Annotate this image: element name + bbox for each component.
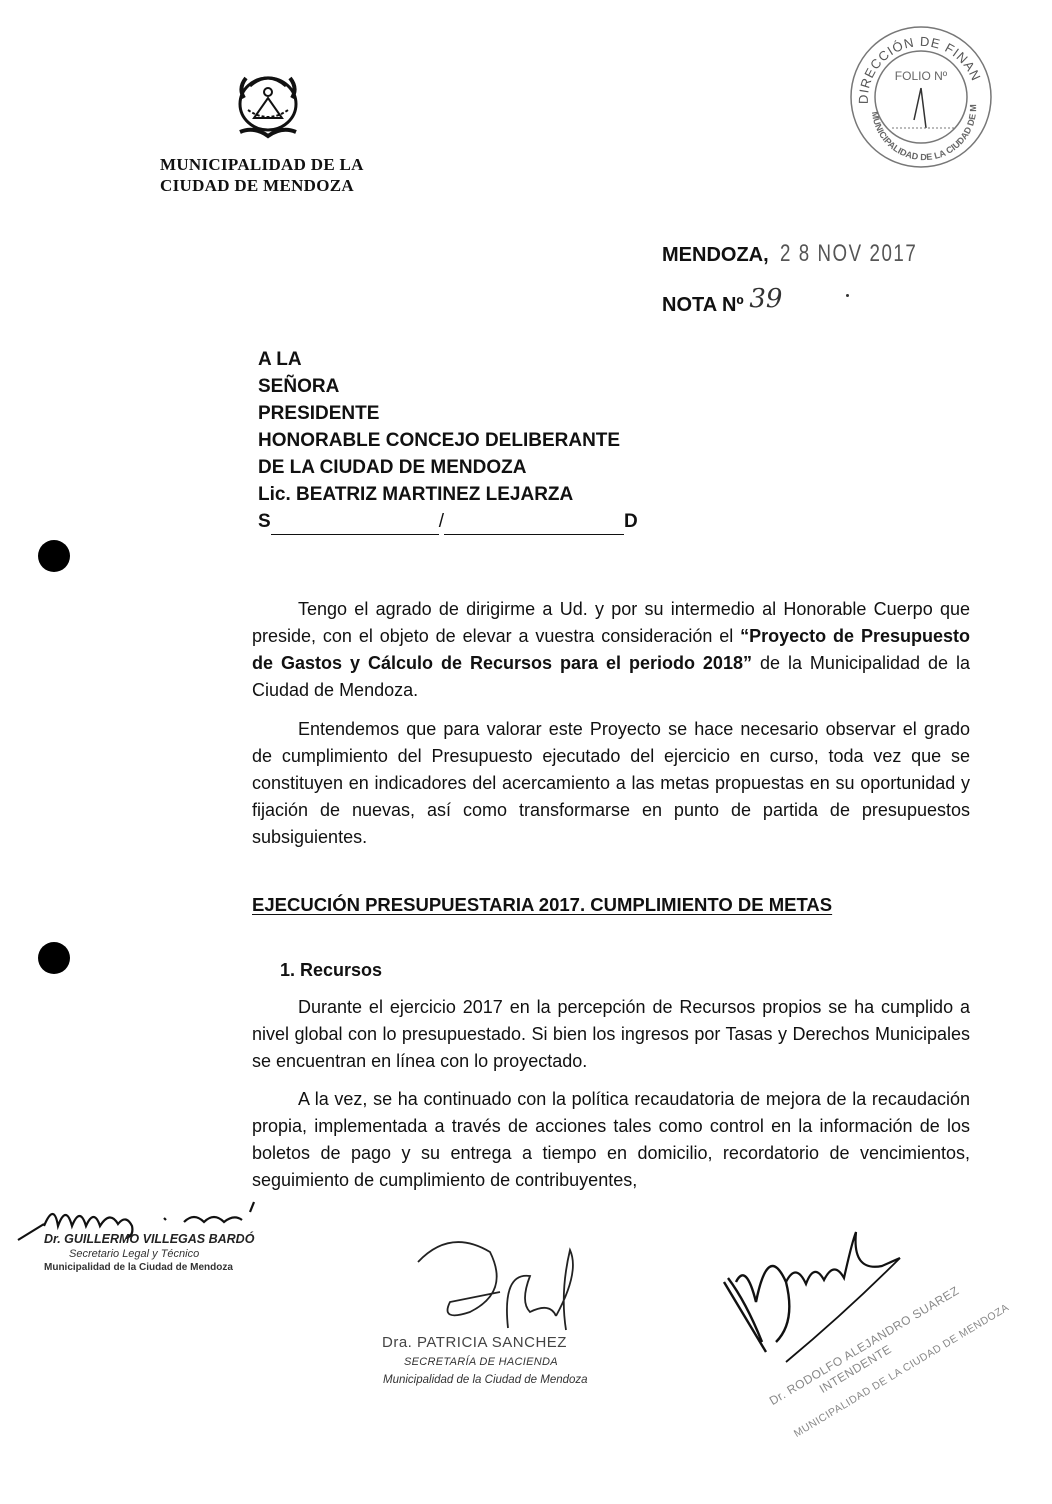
paragraph-purpose: Entendemos que para valorar este Proyect… [252,716,970,851]
paragraph-collection-policy: A la vez, se ha continuado con la políti… [252,1086,970,1194]
signer-org: Municipalidad de la Ciudad de Mendoza [383,1374,588,1386]
speck [846,294,849,297]
signature-block-legal-secretary: Dr. GUILLERMO VILLEGAS BARDÓ Secretario … [14,1196,264,1242]
signer-name: Dr. GUILLERMO VILLEGAS BARDÓ [44,1232,254,1246]
paragraph-text: A la vez, se ha continuado con la políti… [252,1086,970,1194]
section-title: EJECUCIÓN PRESUPUESTARIA 2017. CUMPLIMIE… [252,894,832,916]
sd-line: S / D [258,508,638,535]
note-number: 39 [749,284,782,314]
punch-hole [38,942,70,974]
date-stamp: 2 8 NOV 2017 [780,240,917,268]
addressee-line: HONORABLE CONCEJO DELIBERANTE [258,427,638,454]
paragraph-text: Entendemos que para valorar este Proyect… [252,716,970,851]
addressee-line: A LA [258,346,638,373]
note-label: NOTA Nº [662,294,744,316]
folio-stamp: DIRECCIÓN DE FINANZAS MUNICIPALIDAD DE L… [848,24,994,170]
addressee-line: PRESIDENTE [258,400,638,427]
svg-text:DIRECCIÓN DE FINANZAS: DIRECCIÓN DE FINANZAS [848,24,984,104]
addressee-block: A LA SEÑORA PRESIDENTE HONORABLE CONCEJO… [258,346,638,535]
svg-text:FOLIO Nº: FOLIO Nº [895,69,948,83]
signer-name: Dra. PATRICIA SANCHEZ [382,1334,567,1351]
addressee-line: DE LA CIUDAD DE MENDOZA [258,454,638,481]
city-label: MENDOZA, [662,244,769,266]
addressee-line: Lic. BEATRIZ MARTINEZ LEJARZA [258,481,638,508]
coat-of-arms-icon [226,68,310,146]
signer-role: Secretario Legal y Técnico [69,1248,199,1260]
date-line: MENDOZA, 2 8 NOV 2017 [662,240,956,268]
note-number-line: NOTA Nº 39 [662,288,782,318]
addressee-line: SEÑORA [258,373,638,400]
signer-org: Municipalidad de la Ciudad de Mendoza [44,1262,233,1273]
paragraph-text: Durante el ejercicio 2017 en la percepci… [252,994,970,1075]
municipality-name: MUNICIPALIDAD DE LA CIUDAD DE MENDOZA [160,154,364,196]
subsection-title: 1. Recursos [280,960,382,981]
punch-hole [38,540,70,572]
sd-blank [271,518,439,535]
municipality-name-line2: CIUDAD DE MENDOZA [160,175,364,196]
signer-role: SECRETARÍA DE HACIENDA [404,1356,558,1368]
signature-block-finance-secretary: Dra. PATRICIA SANCHEZ SECRETARÍA DE HACI… [380,1232,610,1337]
sd-start: S [258,508,271,535]
paragraph-intro: Tengo el agrado de dirigirme a Ud. y por… [252,596,970,704]
sd-end: D [624,508,638,535]
signature-block-mayor: Dr. RODOLFO ALEJANDRO SUAREZ INTENDENTE … [706,1222,976,1432]
handwritten-signature-icon [380,1232,610,1332]
sd-blank [444,518,624,535]
paragraph-resources: Durante el ejercicio 2017 en la percepci… [252,994,970,1075]
municipality-name-line1: MUNICIPALIDAD DE LA [160,154,364,175]
